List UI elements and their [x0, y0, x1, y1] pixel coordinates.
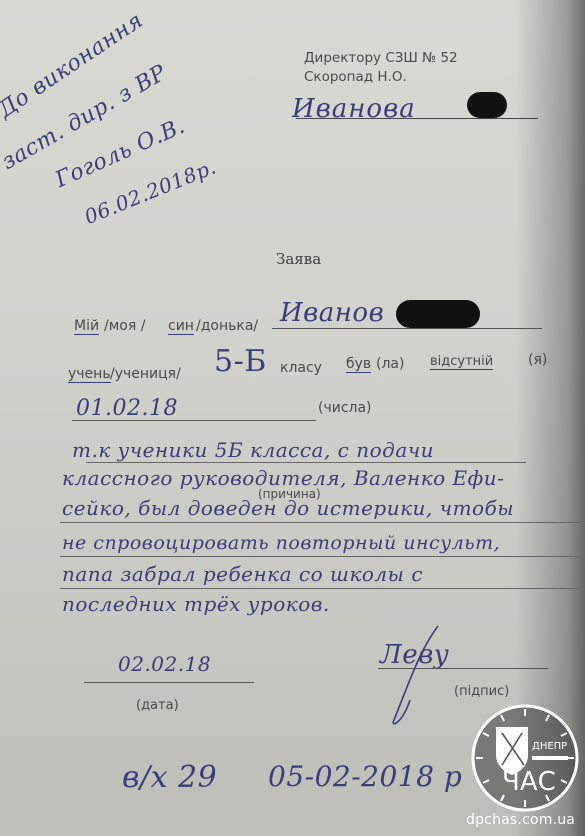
signature-stroke	[380, 620, 460, 730]
watermark-brand: ЧАС	[502, 767, 556, 797]
signed-date: 02.02.18	[118, 652, 211, 676]
label-date: (числа)	[318, 400, 372, 416]
applicant-underline	[296, 118, 538, 119]
absence-date: 01.02.18	[76, 396, 178, 421]
label-date-field: (дата)	[136, 698, 179, 713]
reason-rule	[60, 556, 580, 557]
reason-rule	[60, 588, 580, 589]
reason-line: не спровоцировать повторный инсульт,	[62, 532, 500, 554]
redaction-mark	[467, 92, 507, 118]
label-class: класу	[280, 360, 322, 376]
label-pupil: учень	[68, 366, 111, 383]
watermark-city: ДНЕПР	[532, 741, 567, 752]
addressee-line-1: Директору СЗШ № 52	[304, 50, 458, 66]
label-absent: відсутній	[430, 354, 493, 370]
label-my: Мій	[74, 318, 99, 335]
reason-line: последних трёх уроков.	[62, 592, 330, 616]
registration-number: в/х 29	[122, 760, 217, 795]
reason-line: т.к ученики 5Б класса, с подачи	[72, 438, 434, 462]
class-value: 5-Б	[214, 344, 267, 379]
addressee-line-2: Скоропад Н.О.	[304, 69, 407, 85]
signature-line	[378, 668, 548, 669]
reason-line: папа забрал ребенка со школы с	[62, 562, 423, 586]
document-title: Заява	[276, 250, 321, 268]
label-was-f: (ла)	[376, 356, 404, 372]
label-was: був	[346, 356, 371, 373]
signed-date-line	[84, 682, 254, 683]
label-pupil-f: /учениця/	[110, 366, 181, 382]
reason-rule	[60, 522, 580, 523]
label-absent-f: (я)	[528, 352, 547, 368]
registration-date: 05-02-2018 р	[268, 760, 462, 793]
label-son: син	[168, 318, 194, 335]
label-signature: (підпис)	[454, 684, 509, 699]
chas-logo-watermark: ДНЕПР ЧАС	[470, 703, 580, 813]
child-name-line	[272, 328, 542, 329]
watermark-url: dpchas.com.ua	[466, 812, 575, 828]
label-daughter: /донька/	[196, 318, 258, 334]
reason-line: сейко, был доведен до истерики, чтобы	[62, 496, 514, 520]
label-my-f: /моя /	[104, 318, 145, 334]
redaction-mark	[396, 300, 480, 328]
applicant-name: Иванова	[292, 94, 416, 124]
reason-rule	[86, 462, 526, 463]
absence-date-line	[72, 420, 316, 421]
child-name: Иванов	[280, 298, 384, 328]
